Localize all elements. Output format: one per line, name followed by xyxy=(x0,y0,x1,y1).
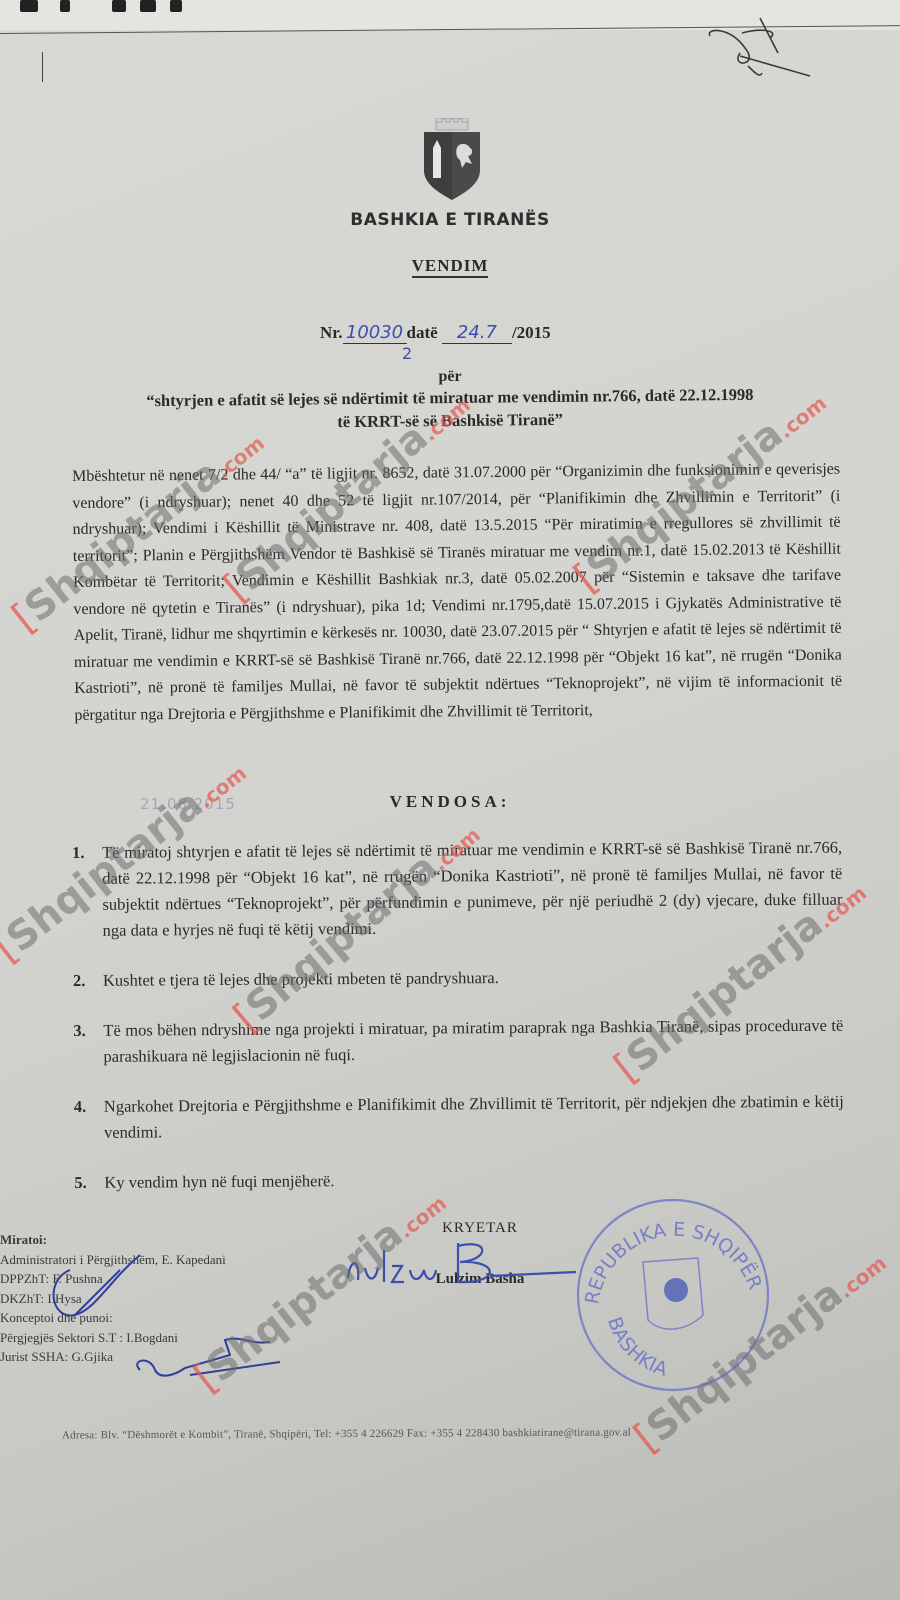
signatory-title: KRYETAR xyxy=(400,1220,560,1237)
preparer-signature-icon xyxy=(130,1330,290,1385)
tirana-coat-of-arms-icon xyxy=(422,118,482,200)
item-number: 3. xyxy=(73,1018,103,1070)
decision-item: 1.Të miratoj shtyrjen e afatit të lejes … xyxy=(72,835,843,944)
item-text: Të miratoj shtyrjen e afatit të lejes së… xyxy=(102,835,843,944)
tab-mark xyxy=(112,0,126,12)
svg-text:BASHKIA: BASHKIA xyxy=(603,1314,670,1381)
nr-value: 10030 xyxy=(346,322,403,343)
tab-mark xyxy=(20,0,38,12)
item-text: Kushtet e tjera të lejes dhe projekti mb… xyxy=(103,963,843,994)
stamp-bottom-text: BASHKIA xyxy=(603,1314,670,1381)
date-field: 24.7 xyxy=(442,322,512,344)
item-number: 1. xyxy=(72,840,103,944)
mayor-signature-icon xyxy=(340,1238,580,1288)
legal-basis-paragraph: Mbështetur në nenet 7/2 dhe 44/ “a” të l… xyxy=(72,457,843,729)
decision-item: 4.Ngarkohet Drejtoria e Përgjithshme e P… xyxy=(74,1089,844,1146)
item-number: 5. xyxy=(74,1170,104,1196)
handwritten-initials-icon xyxy=(700,8,850,78)
nr-label: Nr. xyxy=(320,323,343,342)
document-type-heading: VENDIM xyxy=(0,256,900,276)
item-number: 4. xyxy=(74,1094,104,1146)
subject-title: “shtyrjen e afatit së lejes së ndërtimit… xyxy=(70,382,830,436)
decision-items-list: 1.Të miratoj shtyrjen e afatit të lejes … xyxy=(72,835,845,1220)
item-text: Ngarkohet Drejtoria e Përgjithshme e Pla… xyxy=(104,1089,844,1146)
tab-mark xyxy=(60,0,70,12)
official-stamp-icon: REPUBLIKA E SHQIPËRISË BASHKIA xyxy=(568,1190,778,1400)
nr-field: 10030 xyxy=(343,322,407,344)
approver-signature-icon xyxy=(40,1250,150,1330)
organization-name: BASHKIA E TIRANËS xyxy=(0,210,900,230)
item-number: 2. xyxy=(73,968,103,994)
decision-item: 3.Të mos bëhen ndryshime nga projekti i … xyxy=(73,1013,843,1070)
year-value: /2015 xyxy=(512,323,551,342)
item-text: Të mos bëhen ndryshime nga projekti i mi… xyxy=(103,1013,843,1070)
nr-suffix: 2 xyxy=(402,344,412,363)
footer-address: Adresa: Blv. “Dëshmorët e Kombit”, Tiran… xyxy=(62,1427,631,1442)
date-value: 24.7 xyxy=(457,322,497,343)
document-type-label: VENDIM xyxy=(412,256,489,278)
decision-heading: VENDOSA: xyxy=(0,792,900,812)
document-page: BASHKIA E TIRANËS VENDIM Nr.10030datë 24… xyxy=(0,0,900,1600)
reference-line: Nr.10030datë 24.7/2015 xyxy=(320,322,551,344)
tab-mark xyxy=(170,0,182,12)
decision-item: 2.Kushtet e tjera të lejes dhe projekti … xyxy=(73,963,843,994)
date-label: datë xyxy=(407,323,438,342)
approved-heading: Miratoi: xyxy=(0,1230,226,1250)
paper-edge-vertical xyxy=(42,52,43,82)
tab-mark xyxy=(140,0,156,12)
